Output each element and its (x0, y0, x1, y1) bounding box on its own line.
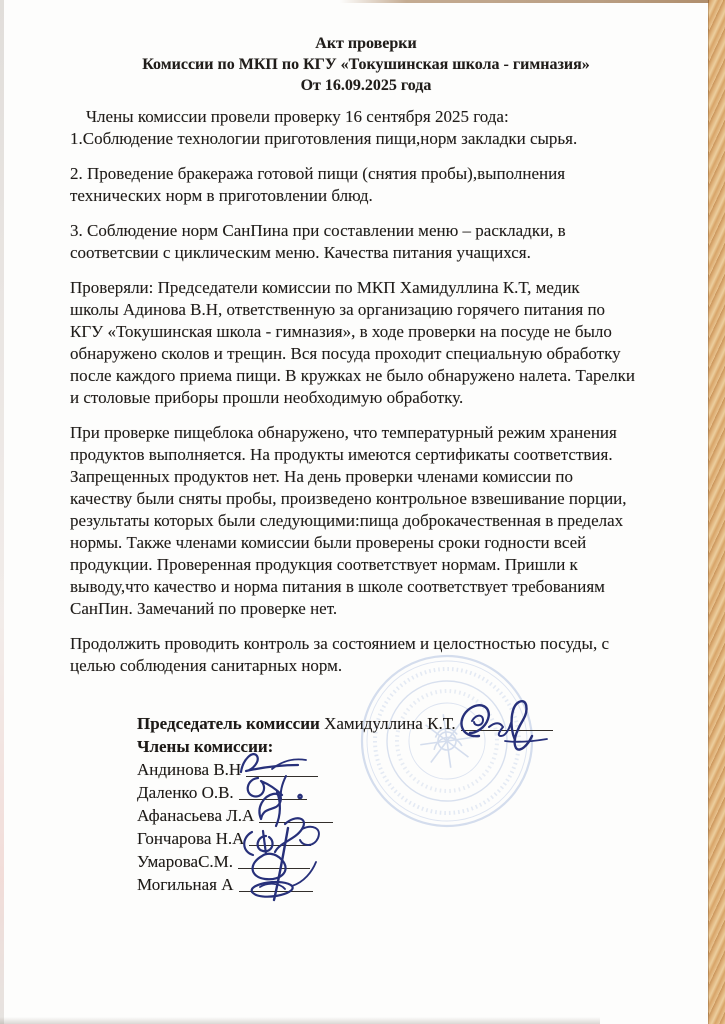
title-line-2: Комиссии по МКП по КГУ «Токушинская школ… (70, 54, 662, 75)
member-signature-line-6 (239, 877, 313, 892)
member-row-4: Гончарова Н.А (137, 827, 617, 850)
chairman-signature-line (461, 716, 553, 731)
document-title: Акт проверки Комиссии по МКП по КГУ «Ток… (70, 33, 662, 96)
paper-bottom-edge-shadow (0, 1017, 600, 1024)
member-signature-line-3 (259, 808, 333, 823)
member-row-5: УмароваС.М. (137, 850, 617, 873)
member-name-2: Даленко О.В. (137, 783, 234, 802)
member-row-6: Могильная А (137, 873, 617, 896)
member-name-1: Андинова В.Н (137, 760, 241, 779)
paragraph-findings: При проверке пищеблока обнаружено, что т… (70, 422, 662, 620)
wooden-table-edge (708, 0, 725, 1024)
chairman-name: Хамидуллина К.Т. (324, 714, 456, 733)
member-row-3: Афанасьева Л.А (137, 804, 617, 827)
paragraph-checks-intro: Члены комиссии провели проверку 16 сентя… (70, 106, 662, 150)
member-signature-line-1 (246, 762, 318, 777)
member-name-4: Гончарова Н.А (137, 829, 244, 848)
document-body: Акт проверки Комиссии по МКП по КГУ «Ток… (70, 33, 662, 690)
scanned-document-photo: Акт проверки Комиссии по МКП по КГУ «Ток… (0, 0, 725, 1024)
paragraph-inspectors: Проверяли: Председатели комиссии по МКП … (70, 277, 662, 409)
member-signature-line-2 (239, 785, 307, 800)
member-signature-line-5 (238, 854, 310, 869)
signature-block: Председатель комиссии Хамидуллина К.Т. Ч… (137, 712, 617, 896)
member-row-1: Андинова В.Н (137, 758, 617, 781)
chairman-signature-row: Председатель комиссии Хамидуллина К.Т. (137, 712, 617, 735)
chairman-label: Председатель комиссии (137, 714, 320, 733)
members-label: Члены комиссии: (137, 737, 273, 756)
member-signature-line-4 (249, 831, 311, 846)
member-row-2: Даленко О.В. (137, 781, 617, 804)
paper-left-edge-shadow (0, 0, 4, 1024)
paragraph-item-3: 3. Соблюдение норм СанПина при составлен… (70, 220, 662, 264)
member-name-6: Могильная А (137, 875, 234, 894)
title-line-1: Акт проверки (70, 33, 662, 54)
member-name-3: Афанасьева Л.А (137, 806, 254, 825)
member-name-5: УмароваС.М. (137, 852, 233, 871)
members-label-row: Члены комиссии: (137, 735, 617, 758)
paragraph-item-2: 2. Проведение бракеража готовой пищи (сн… (70, 163, 662, 207)
paper-top-edge-shadow (340, 0, 709, 3)
title-line-3: От 16.09.2025 года (70, 75, 662, 96)
